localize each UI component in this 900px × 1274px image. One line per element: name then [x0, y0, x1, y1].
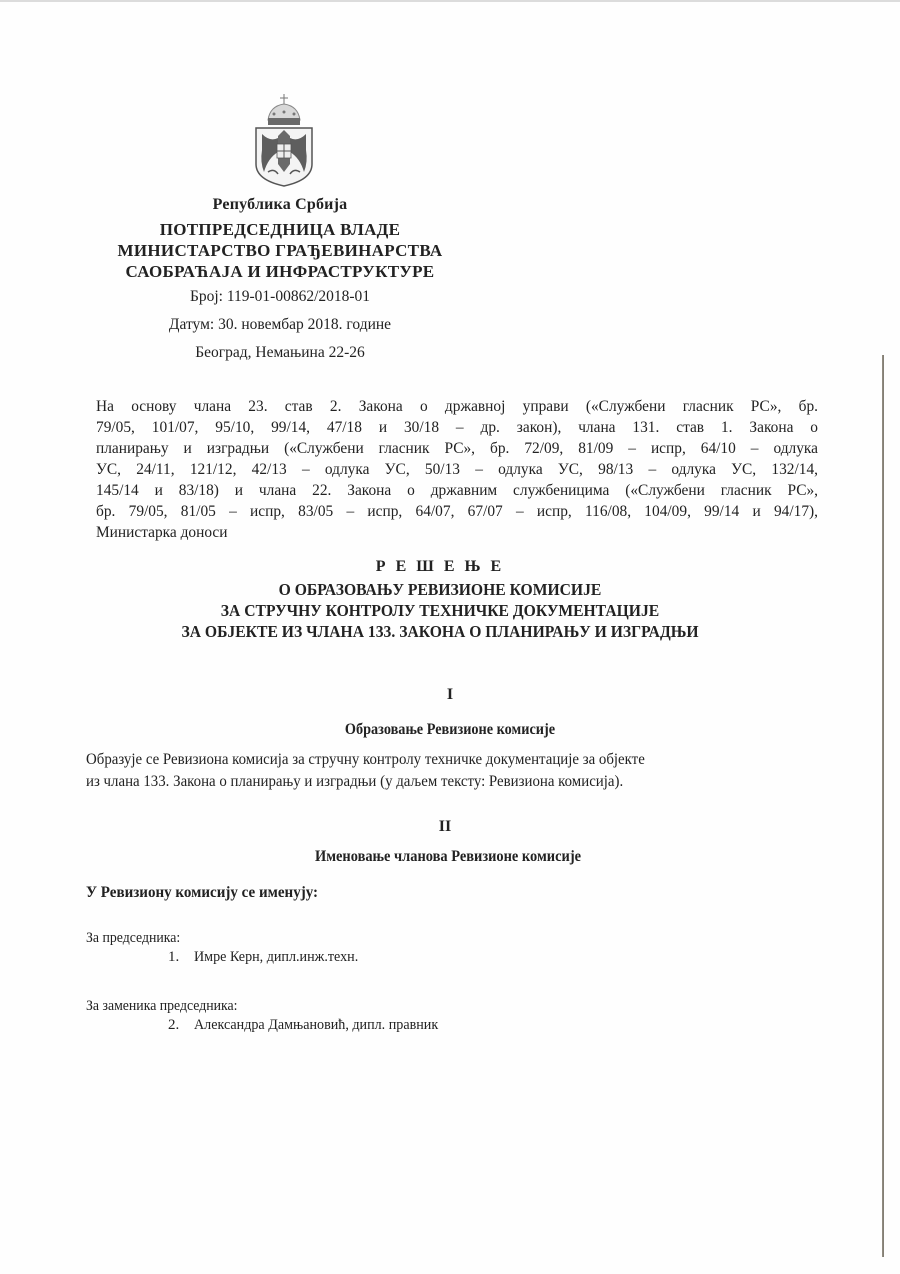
scan-edge-line [882, 355, 884, 1257]
member-number: 2. [168, 1017, 179, 1034]
section-1-numeral: I [400, 686, 500, 704]
member-chairman: Имре Керн, дипл.инж.техн. [194, 949, 358, 966]
office-line-2: МИНИСТАРСТВО ГРАЂЕВИНАРСТВА [96, 241, 464, 261]
section-2-numeral: II [395, 818, 495, 836]
office-line-1: ПОТПРЕДСЕДНИЦА ВЛАДЕ [100, 220, 460, 240]
role-label-deputy-chairman: За заменика председника: [86, 998, 237, 1015]
decision-title-line-1: О ОБРАЗОВАЊУ РЕВИЗИОНЕ КОМИСИЈЕ [146, 580, 735, 600]
preamble-line: Министарка доноси [96, 522, 818, 543]
preamble-line: УС, 24/11, 121/12, 42/13 – одлука УС, 50… [96, 459, 818, 480]
page-top-edge [0, 0, 900, 2]
decision-title-line-2: ЗА СТРУЧНУ КОНТРОЛУ ТЕХНИЧКЕ ДОКУМЕНТАЦИ… [146, 601, 735, 621]
preamble-line: бр. 79/05, 81/05 – испр, 83/05 – испр, 6… [96, 501, 818, 522]
preamble-line: На основу члана 23. став 2. Закона о држ… [96, 396, 818, 417]
member-number: 1. [168, 949, 179, 966]
document-number: Број: 119-01-00862/2018-01 [100, 288, 460, 306]
role-label-chairman: За председника: [86, 930, 180, 947]
document-address: Београд, Немањина 22-26 [100, 344, 460, 362]
section-2-heading: Именовање чланова Ревизионе комисије [253, 848, 644, 866]
preamble-line: планирању и изградњи («Службени гласник … [96, 438, 818, 459]
members-intro: У Ревизиону комисију се именују: [86, 884, 318, 902]
decision-title-line-3: ЗА ОБЈЕКТЕ ИЗ ЧЛАНА 133. ЗАКОНА О ПЛАНИР… [146, 622, 735, 642]
country-name: Република Србија [100, 196, 460, 214]
document-date: Датум: 30. новембар 2018. године [100, 316, 460, 334]
preamble-paragraph: На основу члана 23. став 2. Закона о држ… [96, 396, 818, 543]
office-line-3: САОБРАЋАЈА И ИНФРАСТРУКТУРЕ [96, 262, 464, 282]
preamble-line: 79/05, 101/07, 95/10, 99/14, 47/18 и 30/… [96, 417, 818, 438]
serbian-coat-of-arms-icon [248, 92, 320, 187]
preamble-line: 145/14 и 83/18) и члана 22. Закона о држ… [96, 480, 818, 501]
member-deputy-chairman: Александра Дамњановић, дипл. правник [194, 1017, 438, 1034]
decision-heading: Р Е Ш Е Њ Е [120, 558, 760, 576]
section-1-text-line-2: из члана 133. Закона о планирању и изгра… [86, 773, 623, 791]
section-1-text-line-1: Образује се Ревизиона комисија за стручн… [86, 751, 645, 769]
section-1-heading: Образовање Ревизионе комисије [266, 721, 634, 739]
